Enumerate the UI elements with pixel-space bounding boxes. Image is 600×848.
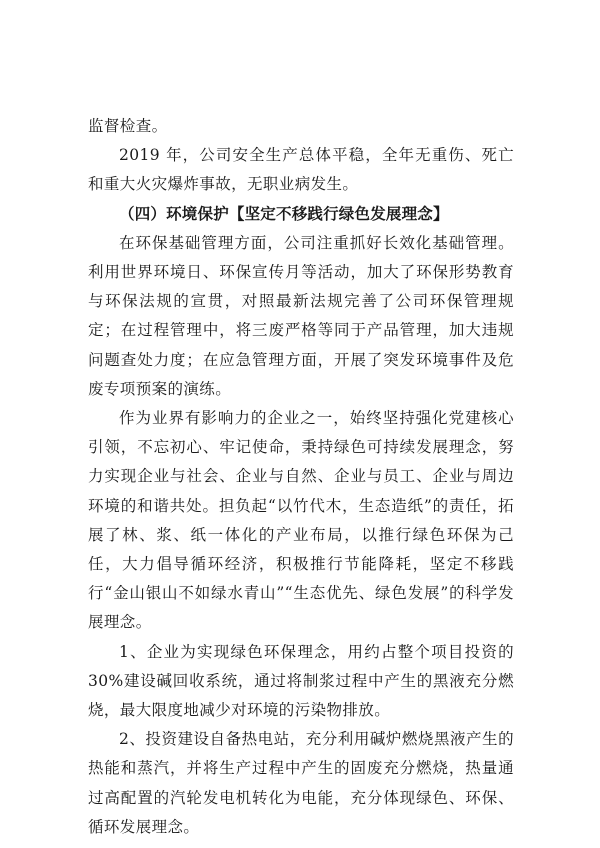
paragraph-safety-2019: 2019 年，公司安全生产总体平稳，全年无重伤、死亡和重大火灾爆炸事故，无职业病… <box>88 141 514 199</box>
paragraph-green-development: 作为业界有影响力的企业之一，始终坚持强化党建核心引领，不忘初心、牢记使命，秉持绿… <box>88 404 514 638</box>
paragraph-thermal-power-station: 2、投资建设自备热电站，充分利用碱炉燃烧黑液产生的热能和蒸汽，并将生产过程中产生… <box>88 725 514 842</box>
paragraph-supervision-end: 监督检查。 <box>88 112 514 141</box>
document-page: 监督检查。 2019 年，公司安全生产总体平稳，全年无重伤、死亡和重大火灾爆炸事… <box>88 112 514 842</box>
section-heading-environmental-protection: （四）环境保护【坚定不移践行绿色发展理念】 <box>88 200 514 229</box>
paragraph-environmental-management: 在环保基础管理方面，公司注重抓好长效化基础管理。利用世界环境日、环保宣传月等活动… <box>88 229 514 404</box>
paragraph-alkali-recovery: 1、企业为实现绿色环保理念，用约占整个项目投资的 30%建设碱回收系统，通过将制… <box>88 638 514 726</box>
